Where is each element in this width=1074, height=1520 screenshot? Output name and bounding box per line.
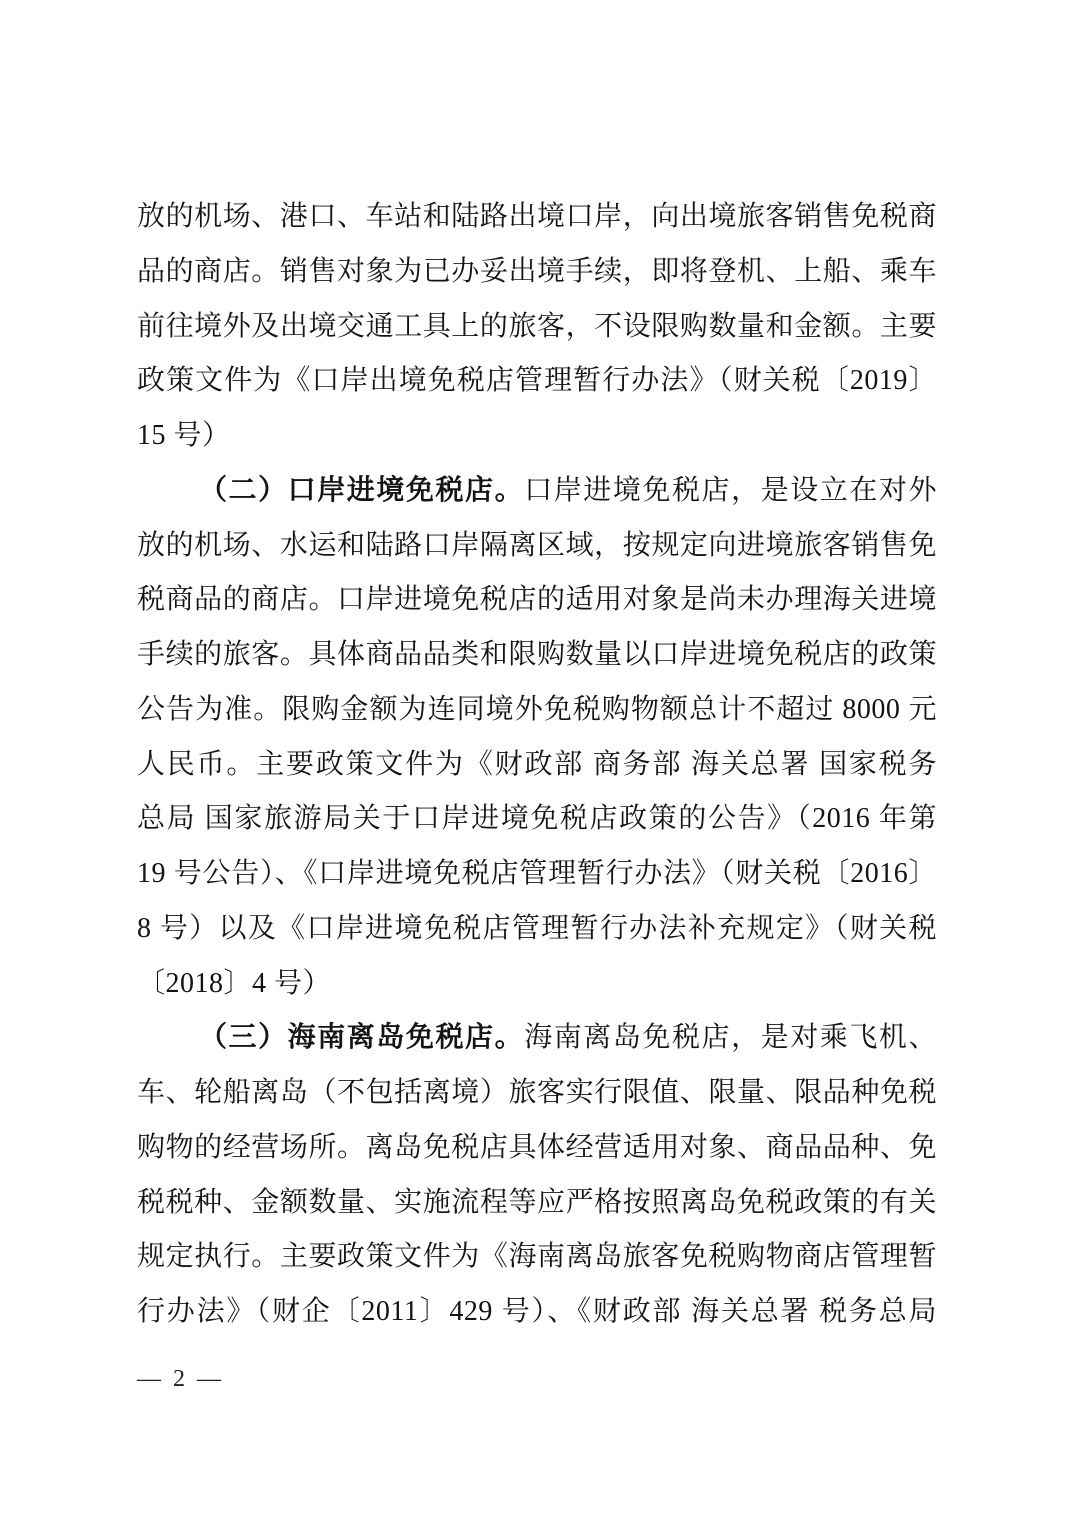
heading-run: （二）口岸进境免税店。 (199, 475, 524, 506)
text-run: 公告为准。限购金额为连同境外免税购物额总计不超过 8000 元 (137, 694, 937, 725)
text-line: 税商品的商店。口岸进境免税店的适用对象是尚未办理海关进境 (137, 573, 937, 628)
text-line: 前往境外及出境交通工具上的旅客，不设限购数量和金额。主要 (137, 300, 937, 355)
text-run: 19 号公告）、《口岸进境免税店管理暂行办法》（财关税〔2016〕 (137, 858, 937, 889)
text-line: 人民币。主要政策文件为《财政部 商务部 海关总署 国家税务 (137, 738, 937, 793)
text-run: 前往境外及出境交通工具上的旅客，不设限购数量和金额。主要 (137, 311, 937, 342)
text-line: 税税种、金额数量、实施流程等应严格按照离岛免税政策的有关 (137, 1176, 937, 1231)
text-line: 19 号公告）、《口岸进境免税店管理暂行办法》（财关税〔2016〕 (137, 847, 937, 902)
text-line: 行办法》（财企〔2011〕429 号）、《财政部 海关总署 税务总局 (137, 1285, 937, 1340)
text-line: 规定执行。主要政策文件为《海南离岛旅客免税购物商店管理暂 (137, 1230, 937, 1285)
text-run: 手续的旅客。具体商品品类和限购数量以口岸进境免税店的政策 (137, 639, 937, 670)
text-run: 品的商店。销售对象为已办妥出境手续，即将登机、上船、乘车 (137, 256, 937, 287)
text-run: 车、轮船离岛（不包括离境）旅客实行限值、限量、限品种免税 (137, 1077, 937, 1108)
text-line: 8 号）以及《口岸进境免税店管理暂行办法补充规定》（财关税 (137, 902, 937, 957)
document-body: 放的机场、港口、车站和陆路出境口岸，向出境旅客销售免税商品的商店。销售对象为已办… (137, 190, 937, 1340)
text-run: 人民币。主要政策文件为《财政部 商务部 海关总署 国家税务 (137, 749, 937, 780)
text-run: 购物的经营场所。离岛免税店具体经营适用对象、商品品种、免 (137, 1132, 937, 1163)
page-number: — 2 — (137, 1364, 224, 1394)
text-line: 品的商店。销售对象为已办妥出境手续，即将登机、上船、乘车 (137, 245, 937, 300)
text-line: 15 号） (137, 409, 937, 464)
text-line: 总局 国家旅游局关于口岸进境免税店政策的公告》（2016 年第 (137, 792, 937, 847)
text-run: 税税种、金额数量、实施流程等应严格按照离岛免税政策的有关 (137, 1187, 937, 1218)
text-run: 〔2018〕4 号） (137, 968, 331, 999)
text-run: 行办法》（财企〔2011〕429 号）、《财政部 海关总署 税务总局 (137, 1296, 937, 1327)
text-line: 手续的旅客。具体商品品类和限购数量以口岸进境免税店的政策 (137, 628, 937, 683)
document-page: 放的机场、港口、车站和陆路出境口岸，向出境旅客销售免税商品的商店。销售对象为已办… (0, 0, 1074, 1520)
text-run: 税商品的商店。口岸进境免税店的适用对象是尚未办理海关进境 (137, 584, 937, 615)
text-line: 购物的经营场所。离岛免税店具体经营适用对象、商品品种、免 (137, 1121, 937, 1176)
text-line: 政策文件为《口岸出境免税店管理暂行办法》（财关税〔2019〕 (137, 354, 937, 409)
text-run: 总局 国家旅游局关于口岸进境免税店政策的公告》（2016 年第 (137, 803, 937, 834)
text-line: 〔2018〕4 号） (137, 957, 937, 1012)
text-line: 公告为准。限购金额为连同境外免税购物额总计不超过 8000 元 (137, 683, 937, 738)
text-line: 放的机场、水运和陆路口岸隔离区域，按规定向进境旅客销售免 (137, 519, 937, 574)
text-run: 规定执行。主要政策文件为《海南离岛旅客免税购物商店管理暂 (137, 1241, 937, 1272)
text-run: 放的机场、水运和陆路口岸隔离区域，按规定向进境旅客销售免 (137, 530, 937, 561)
text-run: 放的机场、港口、车站和陆路出境口岸，向出境旅客销售免税商 (137, 201, 937, 232)
heading-run: （三）海南离岛免税店。 (199, 1022, 524, 1053)
text-run: 政策文件为《口岸出境免税店管理暂行办法》（财关税〔2019〕 (137, 365, 937, 396)
text-line: 车、轮船离岛（不包括离境）旅客实行限值、限量、限品种免税 (137, 1066, 937, 1121)
text-run: 8 号）以及《口岸进境免税店管理暂行办法补充规定》（财关税 (137, 913, 937, 944)
text-line: （三）海南离岛免税店。海南离岛免税店，是对乘飞机、火 (137, 1011, 937, 1066)
text-line: （二）口岸进境免税店。口岸进境免税店，是设立在对外开 (137, 464, 937, 519)
text-run: 15 号） (137, 420, 231, 451)
text-line: 放的机场、港口、车站和陆路出境口岸，向出境旅客销售免税商 (137, 190, 937, 245)
